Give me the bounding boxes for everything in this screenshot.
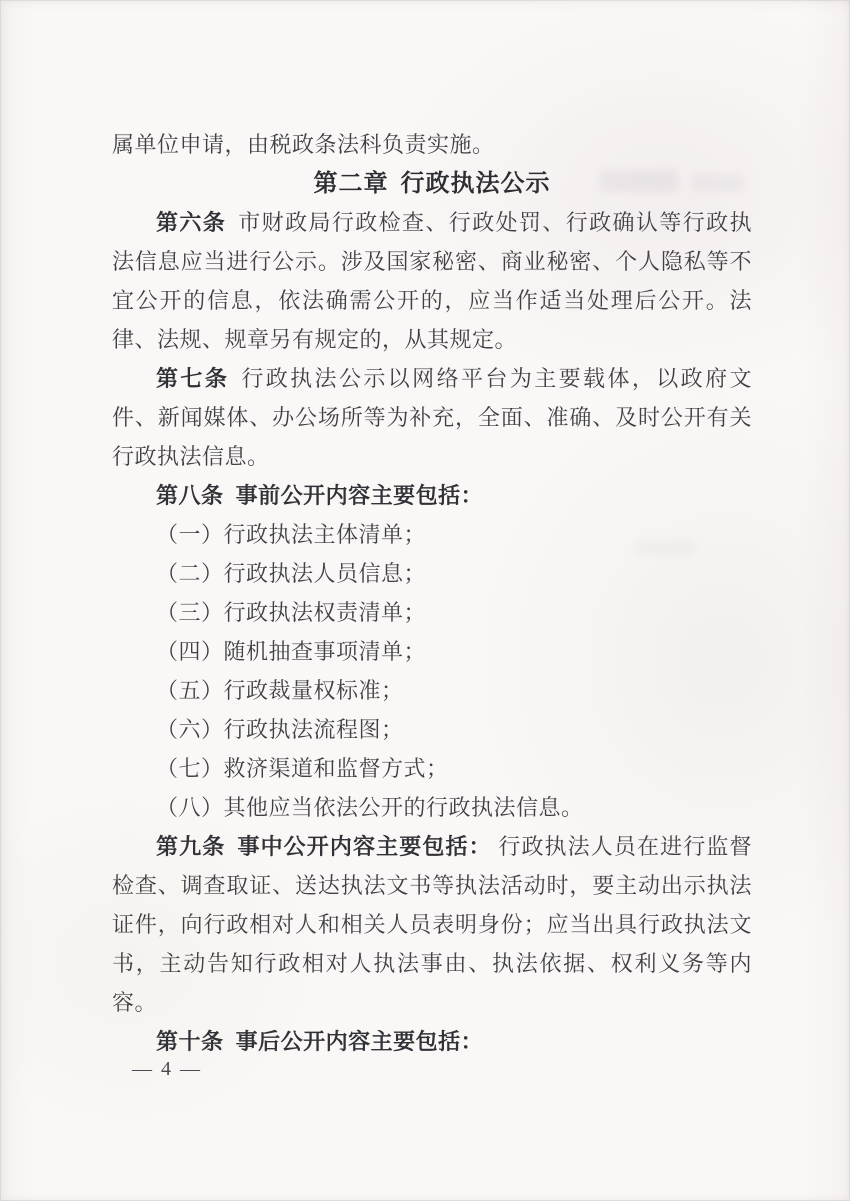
article-7-number: 第七条 [156,366,229,391]
article-8-heading: 第八条事前公开内容主要包括： [112,476,752,515]
list-item-6: （六）行政执法流程图； [112,710,752,749]
scanned-document-page: 属单位申请，由税政条法科负责实施。 第二章行政执法公示 第六条市财政局行政检查、… [0,0,850,1201]
list-item-2: （二）行政执法人员信息； [112,554,752,593]
chapter-title: 行政执法公示 [401,170,551,197]
article-8-number: 第八条 [156,483,224,508]
article-9-text: 行政执法人员在进行监督检查、调查取证、送达执法文书等执法活动时，要主动出示执法证… [112,834,752,1015]
page-number: — 4 — [132,1057,202,1081]
continuation-paragraph: 属单位申请，由税政条法科负责实施。 [112,125,752,164]
article-9-paragraph: 第九条事中公开内容主要包括：行政执法人员在进行监督检查、调查取证、送达执法文书等… [112,827,752,1022]
list-item-4: （四）随机抽查事项清单； [112,632,752,671]
chapter-number: 第二章 [314,170,389,197]
chapter-heading: 第二章行政执法公示 [112,164,752,203]
article-9-title: 事中公开内容主要包括： [237,834,491,859]
article-10-title: 事后公开内容主要包括： [236,1029,484,1054]
list-item-3: （三）行政执法权责清单； [112,593,752,632]
article-7-paragraph: 第七条行政执法公示以网络平台为主要载体，以政府文件、新闻媒体、办公场所等为补充，… [112,359,752,476]
article-6-number: 第六条 [156,210,226,235]
article-10-heading: 第十条事后公开内容主要包括： [112,1022,752,1061]
document-body: 属单位申请，由税政条法科负责实施。 第二章行政执法公示 第六条市财政局行政检查、… [112,125,752,1061]
list-item-8: （八）其他应当依法公开的行政执法信息。 [112,788,752,827]
article-6-paragraph: 第六条市财政局行政检查、行政处罚、行政确认等行政执法信息应当进行公示。涉及国家秘… [112,203,752,359]
list-item-7: （七）救济渠道和监督方式； [112,749,752,788]
article-10-number: 第十条 [156,1029,224,1054]
list-item-5: （五）行政裁量权标准； [112,671,752,710]
list-item-1: （一）行政执法主体清单； [112,515,752,554]
article-9-number: 第九条 [156,834,225,859]
article-8-title: 事前公开内容主要包括： [236,483,484,508]
